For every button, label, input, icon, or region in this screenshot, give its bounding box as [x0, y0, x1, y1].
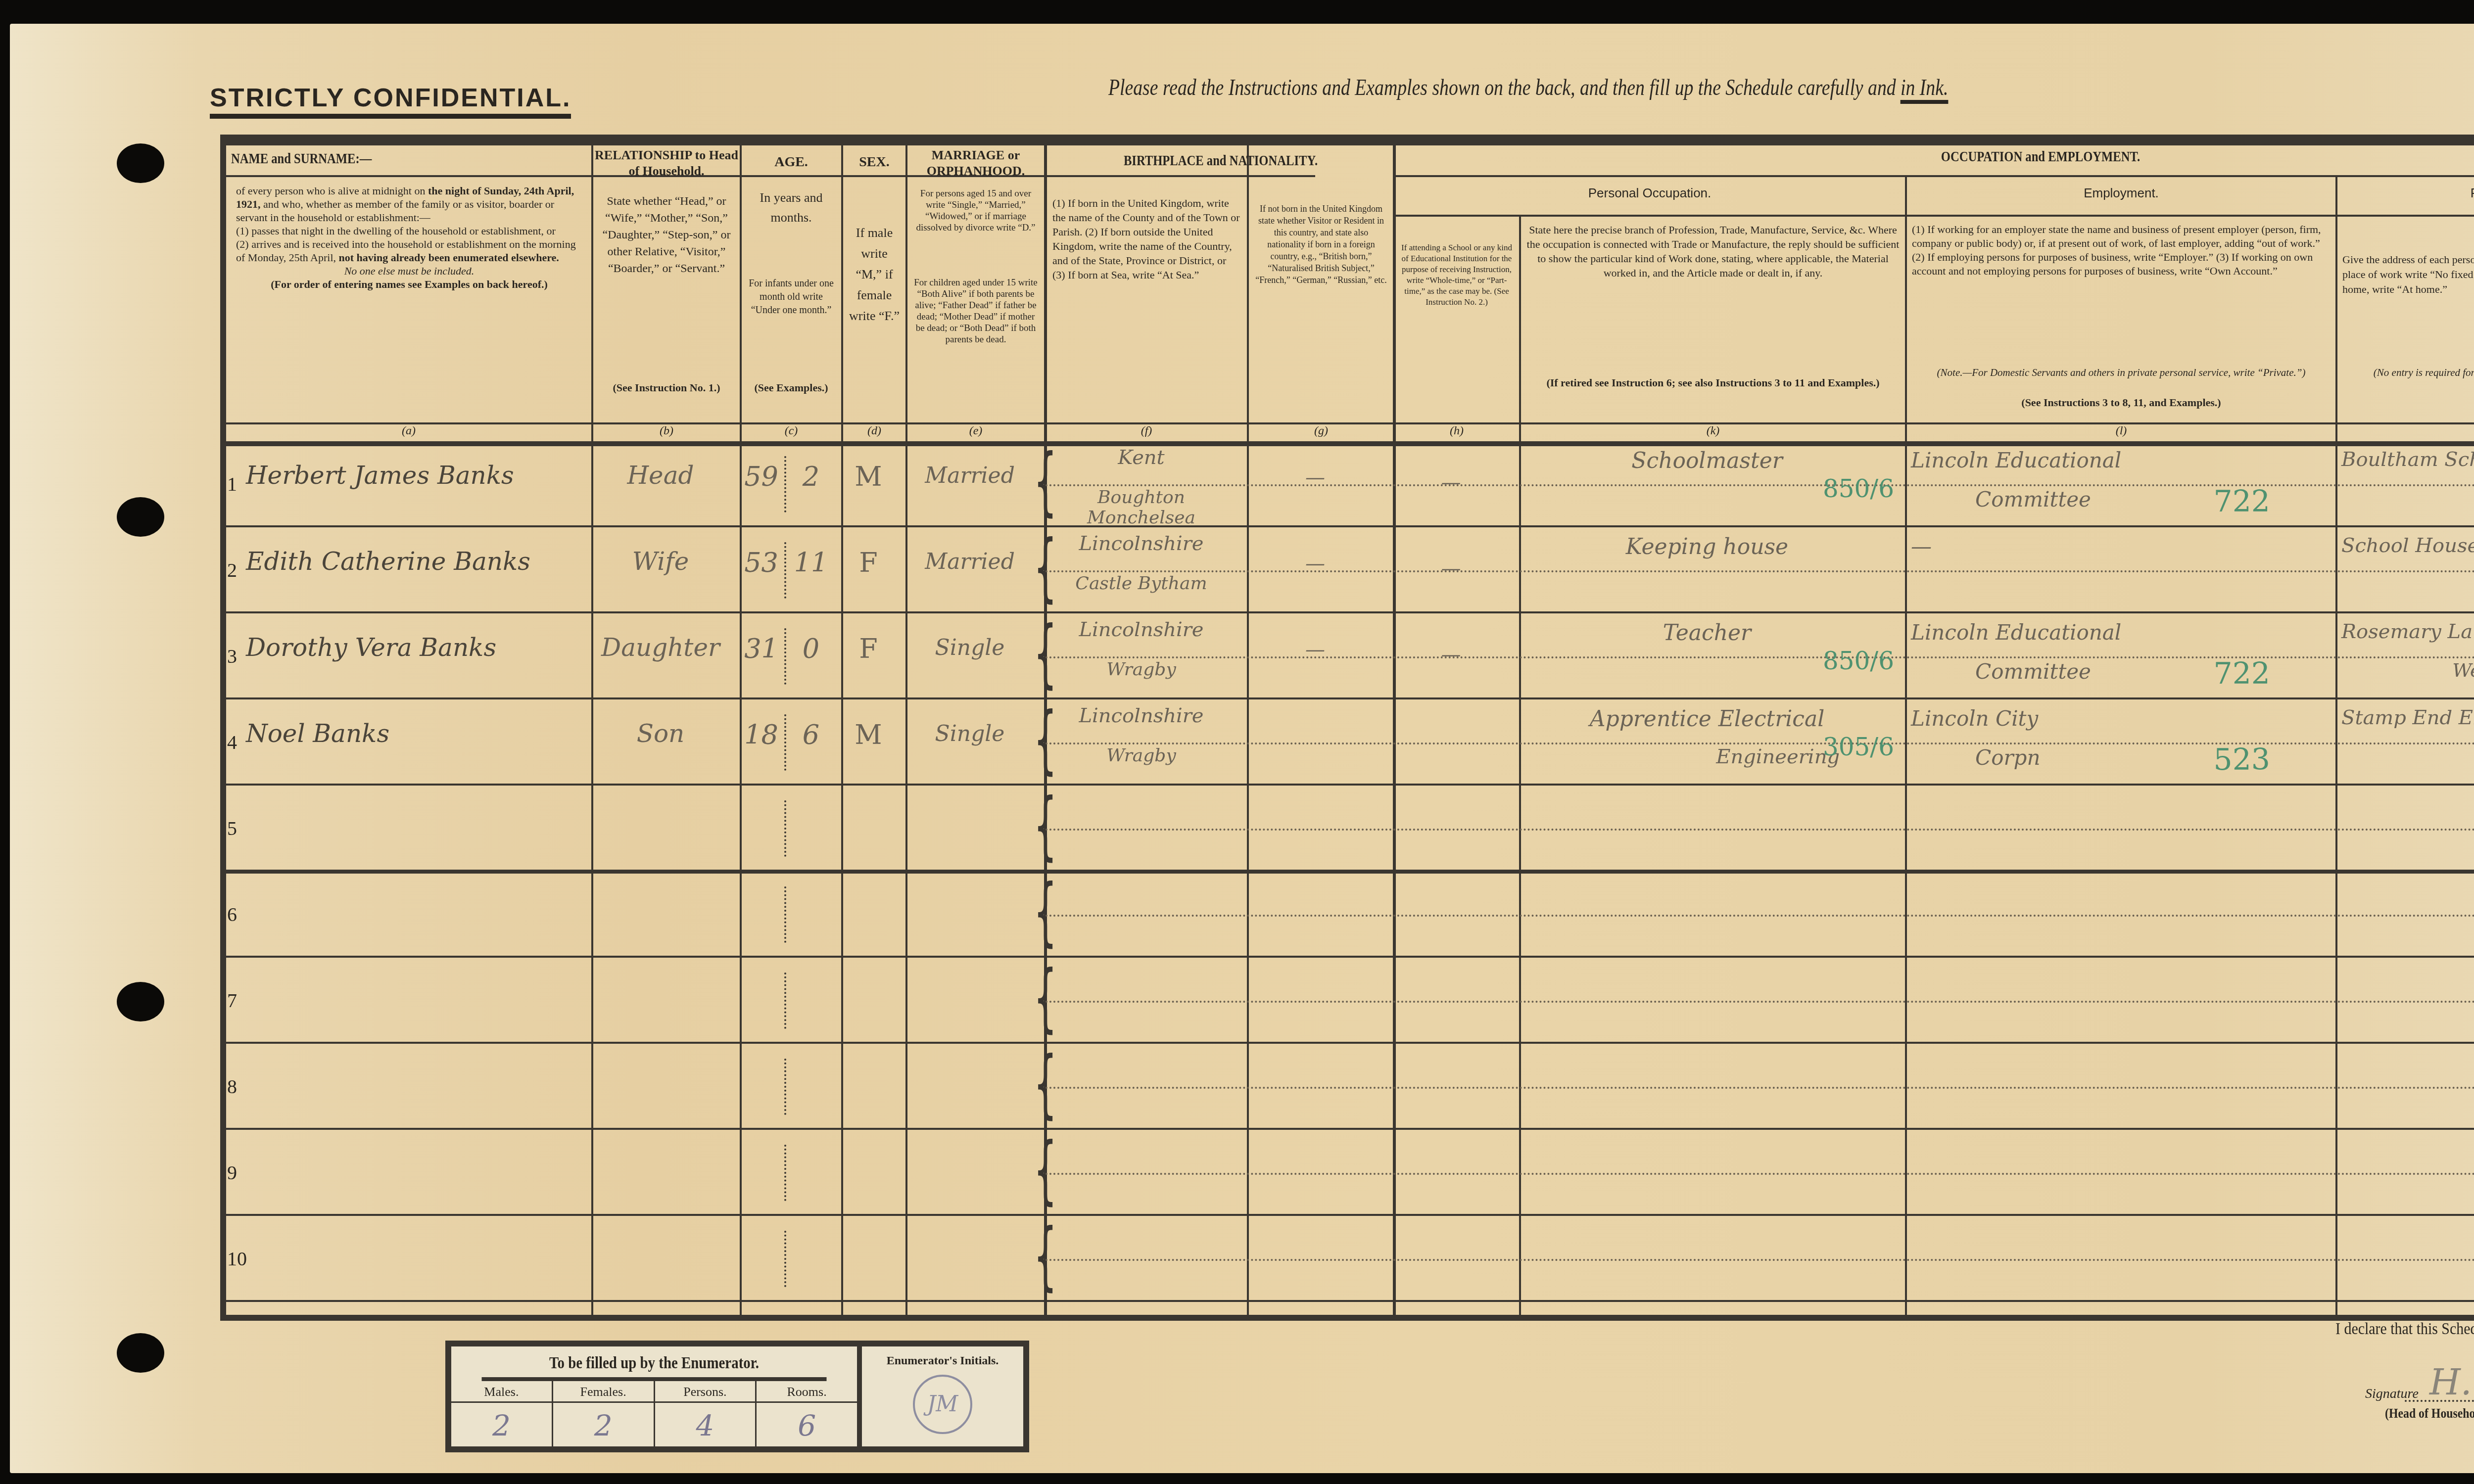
- age-months[interactable]: 11: [787, 547, 835, 578]
- employer[interactable]: —: [1901, 534, 2330, 558]
- col-k-instructions: State here the precise branch of Profess…: [1521, 220, 1905, 283]
- row-number: 10: [227, 1247, 247, 1270]
- age-months[interactable]: 6: [787, 719, 835, 750]
- col-c-letter: (c): [742, 424, 841, 438]
- age-years[interactable]: 53: [738, 547, 784, 578]
- age-months[interactable]: 0: [787, 633, 835, 664]
- place-of-work-line2[interactable]: Wesleyan Sch. Lincoln: [2331, 659, 2474, 681]
- col-b-letter: (b): [593, 424, 740, 438]
- row-divider: [226, 611, 2474, 613]
- employer-code: 722: [1901, 656, 2330, 691]
- sex[interactable]: M: [837, 719, 900, 750]
- row-divider: [226, 697, 2474, 699]
- row-number: 6: [227, 903, 237, 926]
- signature-field[interactable]: H. J. Banks.: [2429, 1361, 2474, 1403]
- school-attendance[interactable]: —: [1389, 643, 1513, 666]
- females-header: Females.: [552, 1381, 654, 1403]
- col-e-letter: (e): [907, 424, 1044, 438]
- col-l-instructions: (1) If working for an employer state the…: [1907, 220, 2335, 281]
- col-c-title: AGE.: [742, 154, 841, 170]
- age-divider-dots: [784, 1145, 786, 1201]
- row-divider: [226, 870, 2474, 874]
- birthplace-town[interactable]: Wragby: [1042, 659, 1241, 680]
- marital-status[interactable]: Married: [902, 463, 1038, 488]
- brace-icon: {: [1034, 961, 1057, 1035]
- enumerator-initials[interactable]: JM: [913, 1375, 972, 1434]
- workplace-code: 4010-05: [2331, 681, 2474, 700]
- employer[interactable]: Lincoln Educational: [1901, 620, 2330, 645]
- personal-occupation[interactable]: Schoolmaster: [1515, 448, 1899, 473]
- col-f-letter: (f): [1047, 424, 1245, 438]
- sex[interactable]: M: [837, 461, 900, 492]
- row-half-dotline: [1042, 915, 2474, 917]
- employer-code: 523: [1901, 742, 2330, 777]
- school-attendance[interactable]: —: [1389, 471, 1513, 494]
- col-m-letter: (m): [2337, 424, 2474, 438]
- col-c-note: (See Examples.): [742, 378, 841, 397]
- row-half-dotline: [1042, 829, 2474, 831]
- age-divider-dots: [784, 542, 786, 599]
- punch-hole: [117, 1333, 164, 1373]
- col-b-title: RELATIONSHIP to Head of Household.: [593, 147, 740, 179]
- row-number: 8: [227, 1075, 237, 1098]
- age-divider-dots: [784, 456, 786, 512]
- sex[interactable]: F: [837, 547, 900, 578]
- place-of-work[interactable]: Stamp End Electric: [2331, 706, 2474, 729]
- signature-row: Signature H. J. Banks.: [2365, 1375, 2474, 1405]
- occupation-code: 850/6: [1515, 647, 1899, 675]
- enumerator-totals-box: To be filled up by the Enumerator. Males…: [445, 1341, 1029, 1452]
- col-l-letter: (l): [1907, 424, 2335, 438]
- occupation-title: OCCUPATION and EMPLOYMENT.: [1511, 148, 2474, 165]
- personal-occupation[interactable]: Teacher: [1515, 620, 1899, 646]
- occupation-code: 850/6: [1515, 474, 1899, 503]
- brace-icon: {: [1034, 1047, 1057, 1121]
- occupation-code: 305/6: [1515, 733, 1899, 761]
- col-c-instructions: In years and months.: [742, 185, 841, 231]
- col-k-letter: (k): [1521, 424, 1905, 438]
- col-e-adults: For persons aged 15 and over write “Sing…: [907, 185, 1044, 236]
- header-bottom-rule: [226, 441, 2474, 446]
- col-divider: [2335, 175, 2337, 1315]
- marital-status[interactable]: Single: [902, 721, 1038, 746]
- place-of-work-line2[interactable]: Boultham: [2331, 573, 2474, 595]
- col-b-instructions: State whether “Head,” or “Wife,” “Mother…: [593, 190, 740, 368]
- punch-hole: [117, 497, 164, 537]
- brace-icon: {: [1034, 1133, 1057, 1207]
- age-divider-dots: [784, 714, 786, 771]
- fill-instructions: Please read the Instructions and Example…: [1108, 74, 1948, 100]
- rooms-count[interactable]: 6: [755, 1403, 857, 1448]
- in-ink-emphasis: in Ink.: [1901, 75, 1948, 104]
- person-name[interactable]: Noel Banks: [226, 719, 585, 748]
- birthplace-title: BIRTHPLACE and NATIONALITY.: [1079, 152, 1363, 169]
- males-count[interactable]: 2: [451, 1403, 552, 1448]
- age-divider-dots: [784, 973, 786, 1029]
- persons-header: Persons.: [654, 1381, 756, 1403]
- col-a-instructions: of every person who is alive at midnight…: [231, 181, 587, 418]
- place-of-work[interactable]: School House: [2331, 534, 2474, 557]
- row-divider: [226, 1300, 2474, 1302]
- col-e-children: For children aged under 15 write “Both A…: [907, 274, 1044, 348]
- age-years[interactable]: 18: [738, 719, 784, 750]
- row-divider: [226, 956, 2474, 958]
- place-of-work[interactable]: Boultham School: [2331, 448, 2474, 471]
- row-half-dotline: [1042, 1173, 2474, 1175]
- workplace-code: 4010-01: [2331, 767, 2474, 787]
- row-divider: [226, 784, 2474, 786]
- enumerator-initials-title: Enumerator's Initials.: [862, 1346, 1023, 1368]
- punch-hole: [117, 982, 164, 1021]
- row-half-dotline: [1042, 1087, 2474, 1089]
- relationship[interactable]: Son: [587, 719, 734, 748]
- school-attendance[interactable]: —: [1389, 557, 1513, 580]
- persons-count[interactable]: 4: [654, 1403, 756, 1448]
- personal-occupation[interactable]: Keeping house: [1515, 534, 1899, 559]
- col-m-instructions: Give the address of each person's place …: [2337, 249, 2474, 300]
- birthplace-town[interactable]: Boughton Monchelsea: [1042, 487, 1241, 528]
- header-rule: [1393, 175, 2474, 177]
- place-of-work-line2[interactable]: Lincoln: [2331, 487, 2474, 509]
- workplace-code: [2331, 595, 2474, 614]
- col-l-note: (See Instructions 3 to 8, 11, and Exampl…: [1907, 393, 2335, 412]
- birthplace-county[interactable]: Lincolnshire: [1042, 618, 1241, 641]
- age-divider-dots: [784, 1231, 786, 1287]
- nationality[interactable]: —: [1243, 466, 1387, 489]
- place-of-work[interactable]: Rosemary Lane: [2331, 620, 2474, 643]
- col-a-letter: (a): [226, 424, 591, 438]
- signature-note: (Head of Household, Manager of Establish…: [2385, 1406, 2474, 1422]
- age-years[interactable]: 31: [738, 633, 784, 664]
- relationship[interactable]: Head: [587, 461, 734, 490]
- marital-status[interactable]: Single: [902, 635, 1038, 660]
- row-half-dotline: [1042, 1001, 2474, 1003]
- enumerator-box-title: To be filled up by the Enumerator.: [482, 1346, 827, 1381]
- col-d-title: SEX.: [843, 154, 905, 170]
- col-g-letter: (g): [1249, 424, 1393, 438]
- col-d-instructions: If male write “M,” if female write “F.”: [843, 220, 905, 329]
- col-divider: [1393, 145, 1396, 1315]
- col-h-letter: (h): [1395, 424, 1519, 438]
- personal-occupation[interactable]: Apprentice Electrical: [1515, 706, 1899, 732]
- birthplace-town[interactable]: Castle Bytham: [1042, 573, 1241, 594]
- col-h-instructions: If attending a School or any kind of Edu…: [1395, 239, 1519, 311]
- rooms-header: Rooms.: [755, 1381, 857, 1403]
- birthplace-county[interactable]: Lincolnshire: [1042, 532, 1241, 555]
- col-b-note: (See Instruction No. 1.): [593, 378, 740, 397]
- row-divider: [226, 1042, 2474, 1044]
- row-half-dotline: [1042, 1259, 2474, 1261]
- place-of-work-title: Place of Work.: [2337, 185, 2474, 201]
- age-divider-dots: [784, 800, 786, 857]
- col-d-letter: (d): [843, 424, 905, 438]
- header-rule: [226, 175, 1315, 177]
- person-name[interactable]: Edith Catherine Banks: [226, 547, 585, 576]
- birthplace-county[interactable]: Kent: [1042, 446, 1241, 469]
- employer[interactable]: Lincoln Educational: [1901, 448, 2330, 472]
- age-divider-dots: [784, 1059, 786, 1115]
- relationship[interactable]: Wife: [587, 547, 734, 576]
- row-number: 7: [227, 989, 237, 1012]
- nationality[interactable]: —: [1243, 552, 1387, 575]
- age-divider-dots: [784, 628, 786, 685]
- row-number: 5: [227, 817, 237, 840]
- col-c-infants: For infants under one month old write “U…: [742, 274, 841, 320]
- brace-icon: {: [1034, 788, 1057, 863]
- header-rule: [1393, 215, 2474, 217]
- col-l-private-note: (Note.—For Domestic Servants and others …: [1907, 363, 2335, 382]
- confidential-title: STRICTLY CONFIDENTIAL.: [210, 83, 571, 119]
- age-months[interactable]: 2: [787, 461, 835, 492]
- person-name[interactable]: Herbert James Banks: [226, 461, 585, 490]
- relationship[interactable]: Daughter: [587, 633, 734, 662]
- col-m-note: (No entry is required for any person who…: [2337, 363, 2474, 382]
- sex[interactable]: F: [837, 633, 900, 664]
- col-divider: [1247, 145, 1249, 1315]
- col-e-title: MARRIAGE or ORPHANHOOD.: [907, 147, 1044, 179]
- workplace-code: 4010-04: [2331, 509, 2474, 528]
- person-name[interactable]: Dorothy Vera Banks: [226, 633, 585, 662]
- place-of-work-line2[interactable]: Works, Lincoln: [2331, 745, 2474, 767]
- marital-status[interactable]: Married: [902, 549, 1038, 574]
- employer[interactable]: Lincoln City: [1901, 706, 2330, 731]
- females-count[interactable]: 2: [552, 1403, 654, 1448]
- col-a-title: NAME and SURNAME:—: [231, 150, 523, 167]
- employer-code: 722: [1901, 484, 2330, 519]
- col-g-instructions: If not born in the United Kingdom state …: [1249, 200, 1393, 289]
- age-years[interactable]: 59: [738, 461, 784, 492]
- birthplace-county[interactable]: Lincolnshire: [1042, 704, 1241, 727]
- employment-title: Employment.: [1907, 185, 2335, 201]
- nationality[interactable]: —: [1243, 638, 1387, 661]
- col-k-note: (If retired see Instruction 6; see also …: [1521, 373, 1905, 392]
- row-number: 9: [227, 1161, 237, 1184]
- declaration-text: I declare that this Schedule is correctl…: [2335, 1320, 2474, 1339]
- males-header: Males.: [451, 1381, 552, 1403]
- col-f-instructions: (1) If born in the United Kingdom, write…: [1047, 193, 1245, 285]
- row-divider: [226, 525, 2474, 527]
- personal-occupation-title: Personal Occupation.: [1395, 185, 1904, 201]
- age-divider-dots: [784, 886, 786, 943]
- brace-icon: {: [1034, 1219, 1057, 1293]
- row-divider: [226, 1128, 2474, 1130]
- brace-icon: {: [1034, 875, 1057, 949]
- birthplace-town[interactable]: Wragby: [1042, 745, 1241, 766]
- row-divider: [226, 1214, 2474, 1216]
- punch-hole: [117, 143, 164, 183]
